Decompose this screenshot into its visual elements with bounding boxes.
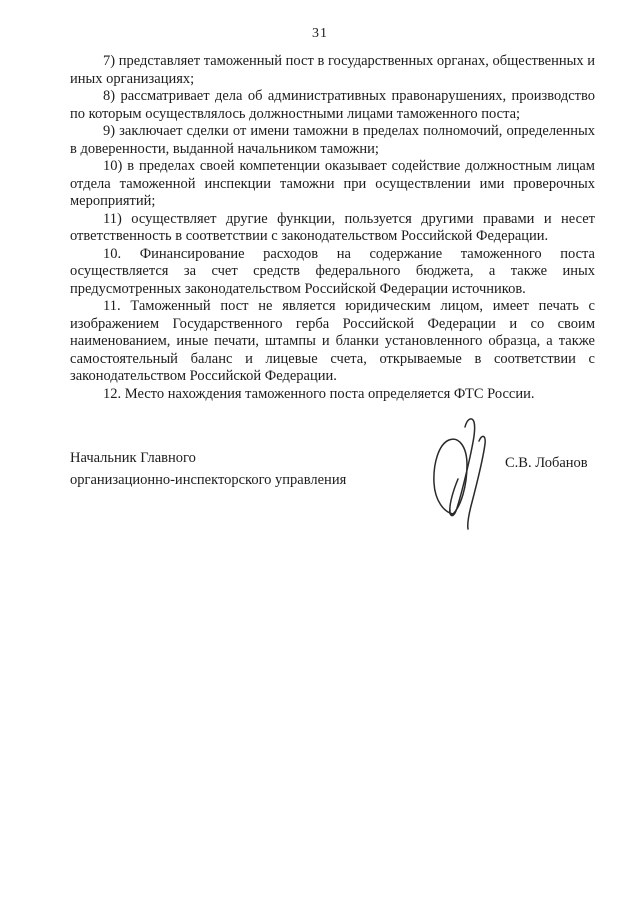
paragraph-7: 7) представляет таможенный пост в госуда… bbox=[70, 53, 595, 88]
paragraph-11: 11. Таможенный пост не является юридичес… bbox=[70, 298, 595, 386]
paragraph-10-sub: 10) в пределах своей компетенции оказыва… bbox=[70, 158, 595, 211]
document-body: 7) представляет таможенный пост в госуда… bbox=[70, 53, 595, 563]
paragraph-9: 9) заключает сделки от имени таможни в п… bbox=[70, 123, 595, 158]
signer-title: Начальник Главного организационно-инспек… bbox=[70, 447, 346, 491]
signature-image bbox=[422, 413, 494, 531]
paragraph-10: 10. Финансирование расходов на содержани… bbox=[70, 246, 595, 299]
signature-block: Начальник Главного организационно-инспек… bbox=[70, 403, 595, 563]
page-number: 31 bbox=[0, 0, 640, 42]
paragraph-11-sub: 11) осуществляет другие функции, пользуе… bbox=[70, 211, 595, 246]
signer-name: С.В. Лобанов bbox=[505, 455, 588, 473]
paragraph-8: 8) рассматривает дела об административны… bbox=[70, 88, 595, 123]
paragraph-12: 12. Место нахождения таможенного поста о… bbox=[70, 386, 595, 404]
signer-title-line2: организационно-инспекторского управления bbox=[70, 469, 346, 491]
signer-title-line1: Начальник Главного bbox=[70, 447, 346, 469]
document-page: 31 7) представляет таможенный пост в гос… bbox=[0, 0, 640, 900]
